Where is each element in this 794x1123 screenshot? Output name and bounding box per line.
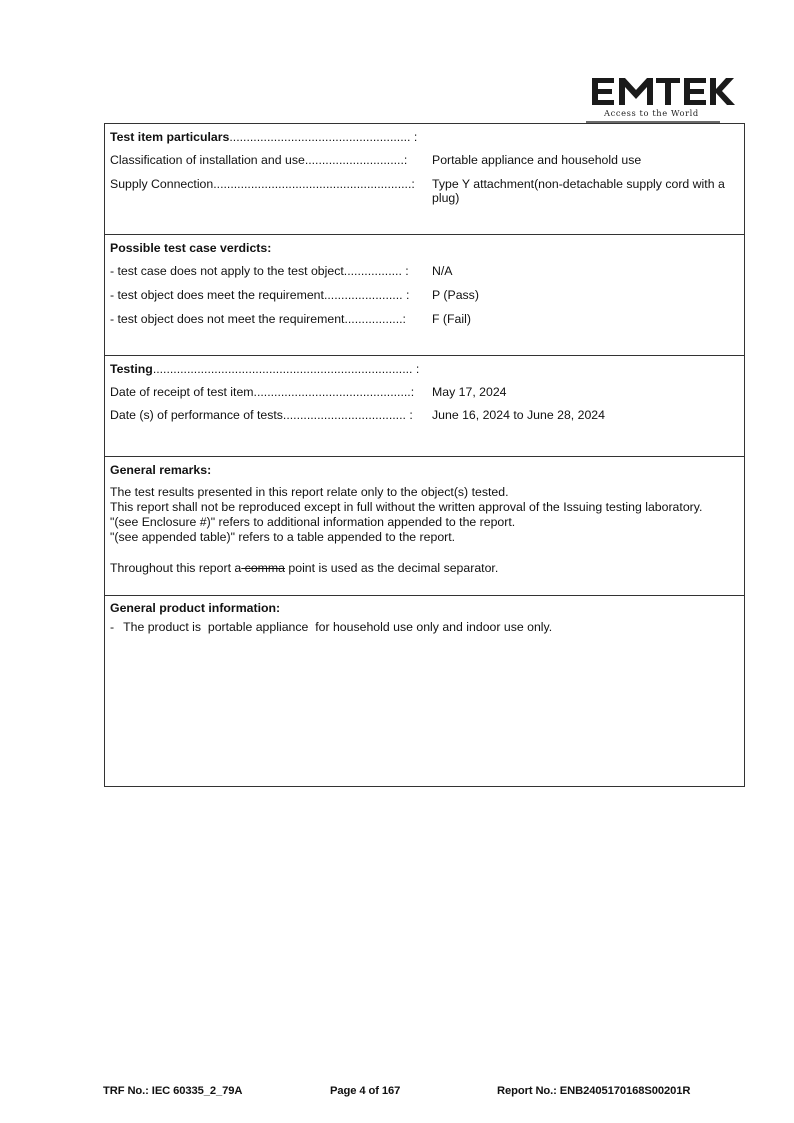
field-label: Classification of installation and use..… [110,153,428,167]
field-value: Portable appliance and household use [432,153,737,167]
section-title: Testing [110,362,153,376]
verdicts-section: Possible test case verdicts: - test case… [105,235,744,356]
field-value: N/A [432,264,737,278]
section-title: General remarks: [110,463,428,477]
field-label: - test object does not meet the requirem… [110,312,428,326]
remark-line: "(see Enclosure #)" refers to additional… [110,515,515,530]
general-remarks-section: General remarks: The test results presen… [105,457,744,596]
field-label: - test object does meet the requirement.… [110,288,428,302]
report-summary-table: Test item particulars...................… [104,123,745,787]
section-title: General product information: [110,601,428,615]
section-title: Test item particulars [110,130,229,144]
field-label: - test case does not apply to the test o… [110,264,428,278]
field-value: Type Y attachment(non-detachable supply … [432,177,737,205]
bullet: - [110,620,114,634]
remark-line: The test results presented in this repor… [110,485,508,500]
field-label: Supply Connection.......................… [110,177,428,191]
remark-line: "(see appended table)" refers to a table… [110,530,455,545]
emtek-logo-icon [590,76,736,106]
field-value: F (Fail) [432,312,737,326]
test-item-section: Test item particulars...................… [105,124,744,235]
company-logo: Access to the World [590,76,736,122]
logo-tagline: Access to the World [604,108,699,118]
footer-page-number: Page 4 of 167 [330,1085,400,1097]
testing-section: Testing.................................… [105,356,744,457]
section-title: Possible test case verdicts: [110,241,428,255]
struck-text: comma [241,561,285,575]
remark-line: This report shall not be reproduced exce… [110,500,702,515]
field-label: Date (s) of performance of tests........… [110,408,428,422]
footer-trf-number: TRF No.: IEC 60335_2_79A [103,1085,242,1097]
field-value: May 17, 2024 [432,385,737,399]
product-info-section: General product information: -The produc… [105,596,744,786]
field-label: Date of receipt of test item............… [110,385,428,399]
product-info-item: -The product is portable appliance for h… [110,620,552,635]
footer-report-number: Report No.: ENB2405170168S00201R [497,1085,690,1097]
field-value: June 16, 2024 to June 28, 2024 [432,408,737,422]
decimal-separator-note: Throughout this report a comma point is … [110,561,498,576]
field-value: P (Pass) [432,288,737,302]
